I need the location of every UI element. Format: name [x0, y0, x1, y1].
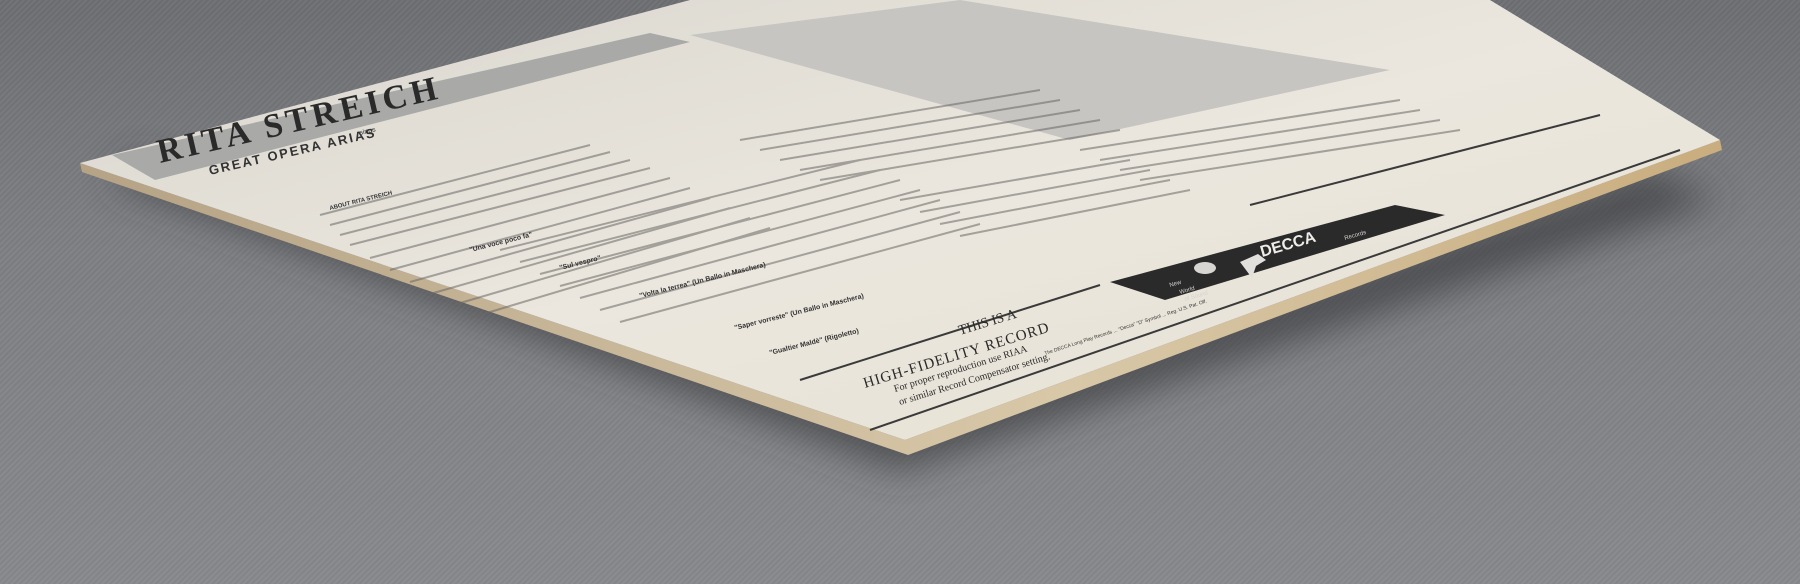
globe-icon	[1194, 262, 1216, 274]
record-jacket-scene: RITA STREICH sings GREAT OPERA ARIAS ABO…	[0, 0, 1800, 584]
